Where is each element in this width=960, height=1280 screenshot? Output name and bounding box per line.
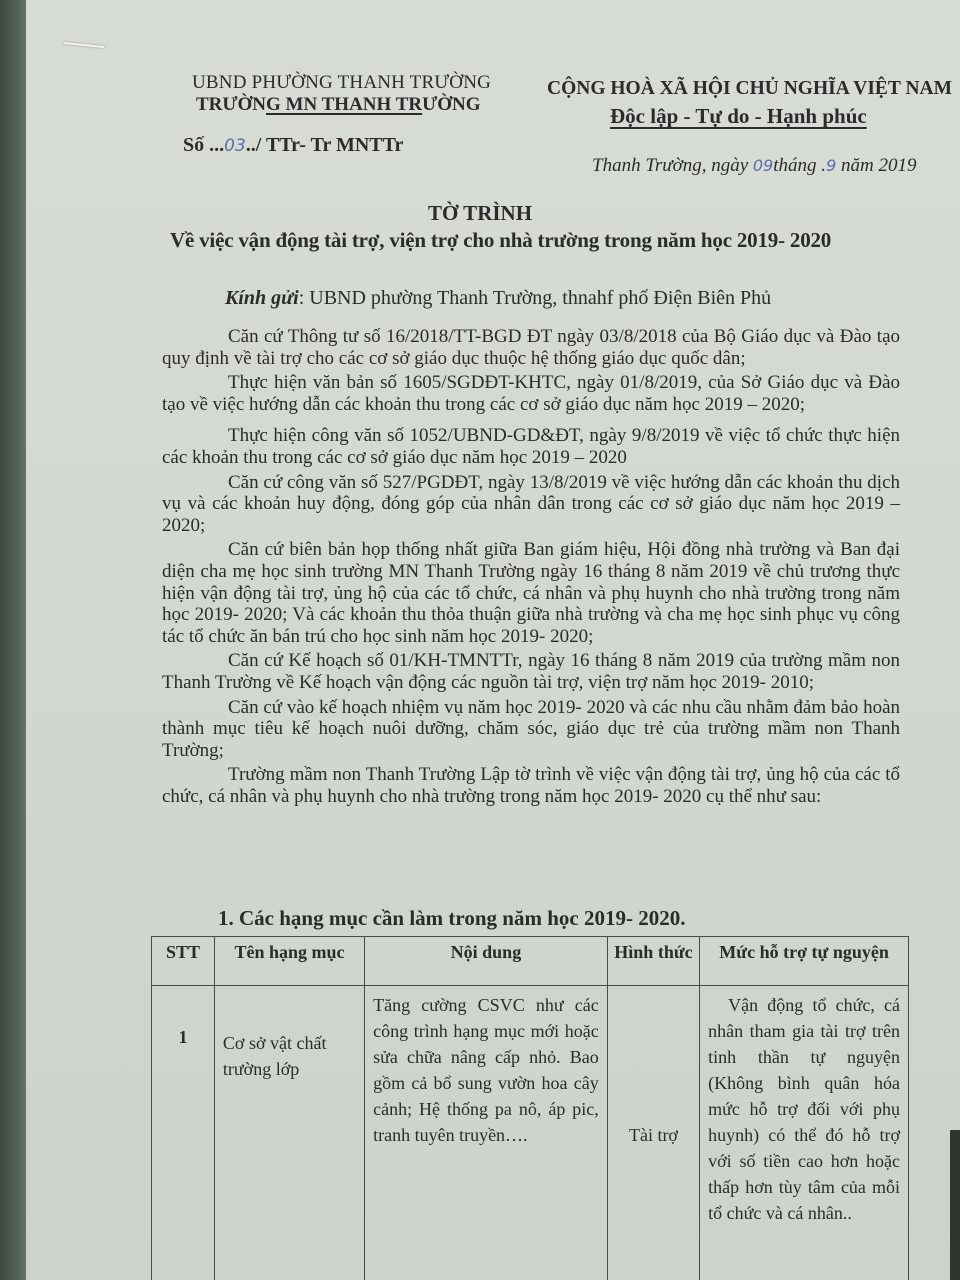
cell-item-name: Cơ sở vật chất trường lớp [214, 986, 364, 1280]
column-header-content: Nội dung [365, 937, 608, 986]
issuing-authority: UBND PHƯỜNG THANH TRƯỜNG [192, 72, 491, 94]
body-paragraph: Căn cứ biên bản họp thống nhất giữa Ban … [162, 539, 900, 647]
body-paragraph: Trường mầm non Thanh Trường Lập tờ trình… [162, 764, 900, 807]
document-subject: Về việc vận động tài trợ, viện trợ cho n… [170, 228, 831, 253]
recipient-line: Kính gửi: UBND phường Thanh Trường, thna… [225, 287, 771, 310]
table-row: 1 Cơ sở vật chất trường lớp Tăng cường C… [152, 986, 909, 1280]
date-day-handwritten: 09 [753, 156, 773, 175]
cell-stt: 1 [152, 986, 215, 1280]
document-body: Căn cứ Thông tư số 16/2018/TT-BGD ĐT ngà… [162, 326, 900, 810]
date-year: năm 2019 [836, 155, 916, 176]
recipient-value: UBND phường Thanh Trường, thnahf phố Điệ… [309, 287, 771, 309]
date-month-handwritten: 9 [826, 156, 836, 175]
column-header-stt: STT [152, 937, 215, 986]
recipient-colon: : [299, 287, 310, 309]
body-paragraph: Căn cứ công văn số 527/PGDĐT, ngày 13/8/… [162, 472, 900, 537]
national-title: CỘNG HOÀ XÃ HỘI CHỦ NGHĨA VIỆT NAM [547, 78, 952, 100]
items-table: STT Tên hạng mục Nội dung Hình thức Mức … [151, 936, 909, 1280]
school-name-part: ƯỜNG [422, 94, 480, 115]
cell-support-level: Vận động tổ chức, cá nhân tham gia tài t… [700, 986, 909, 1280]
document-date: Thanh Trường, ngày 09tháng .9 năm 2019 [592, 155, 916, 177]
cell-content: Tăng cường CSVC như các công trình hạng … [365, 986, 608, 1280]
body-paragraph: Căn cứ vào kế hoạch nhiệm vụ năm học 201… [162, 697, 900, 762]
body-paragraph: Căn cứ Kế hoạch số 01/KH-TMNTTr, ngày 16… [162, 650, 900, 693]
school-name-part: TRƯỜN [196, 94, 266, 115]
column-header-form: Hình thức [607, 937, 699, 986]
section-heading: 1. Các hạng mục cần làm trong năm học 20… [218, 906, 685, 931]
date-place: Thanh Trường, ngày [592, 155, 753, 176]
doc-number-handwritten: 03 [224, 136, 246, 156]
school-name-underlined: G MN THANH TR [266, 94, 422, 115]
body-paragraph: Thực hiện công văn số 1052/UBND-GD&ĐT, n… [162, 425, 900, 468]
background-surface-corner [950, 1130, 960, 1280]
issuing-school: TRƯỜNG MN THANH TRƯỜNG [196, 94, 481, 116]
body-paragraph: Thực hiện văn bản số 1605/SGDĐT-KHTC, ng… [162, 372, 900, 415]
table-header-row: STT Tên hạng mục Nội dung Hình thức Mức … [152, 937, 909, 986]
support-level-text: Vận động tổ chức, cá nhân tham gia tài t… [708, 992, 900, 1226]
background-surface [0, 0, 28, 1280]
column-header-item-name: Tên hạng mục [214, 937, 364, 986]
doc-number-label: Số ... [183, 134, 224, 156]
cell-form: Tài trợ [607, 986, 699, 1280]
document-title: TỜ TRÌNH [0, 201, 960, 226]
body-paragraph: Căn cứ Thông tư số 16/2018/TT-BGD ĐT ngà… [162, 326, 900, 369]
recipient-label: Kính gửi [225, 287, 299, 309]
doc-number-suffix: ../ TTr- Tr MNTTr [246, 134, 404, 156]
date-month-label: tháng . [773, 155, 826, 176]
column-header-support-level: Mức hỗ trợ tự nguyện [700, 937, 909, 986]
document-number: Số ...03../ TTr- Tr MNTTr [183, 134, 403, 157]
national-motto: Độc lập - Tự do - Hạnh phúc [610, 104, 867, 129]
